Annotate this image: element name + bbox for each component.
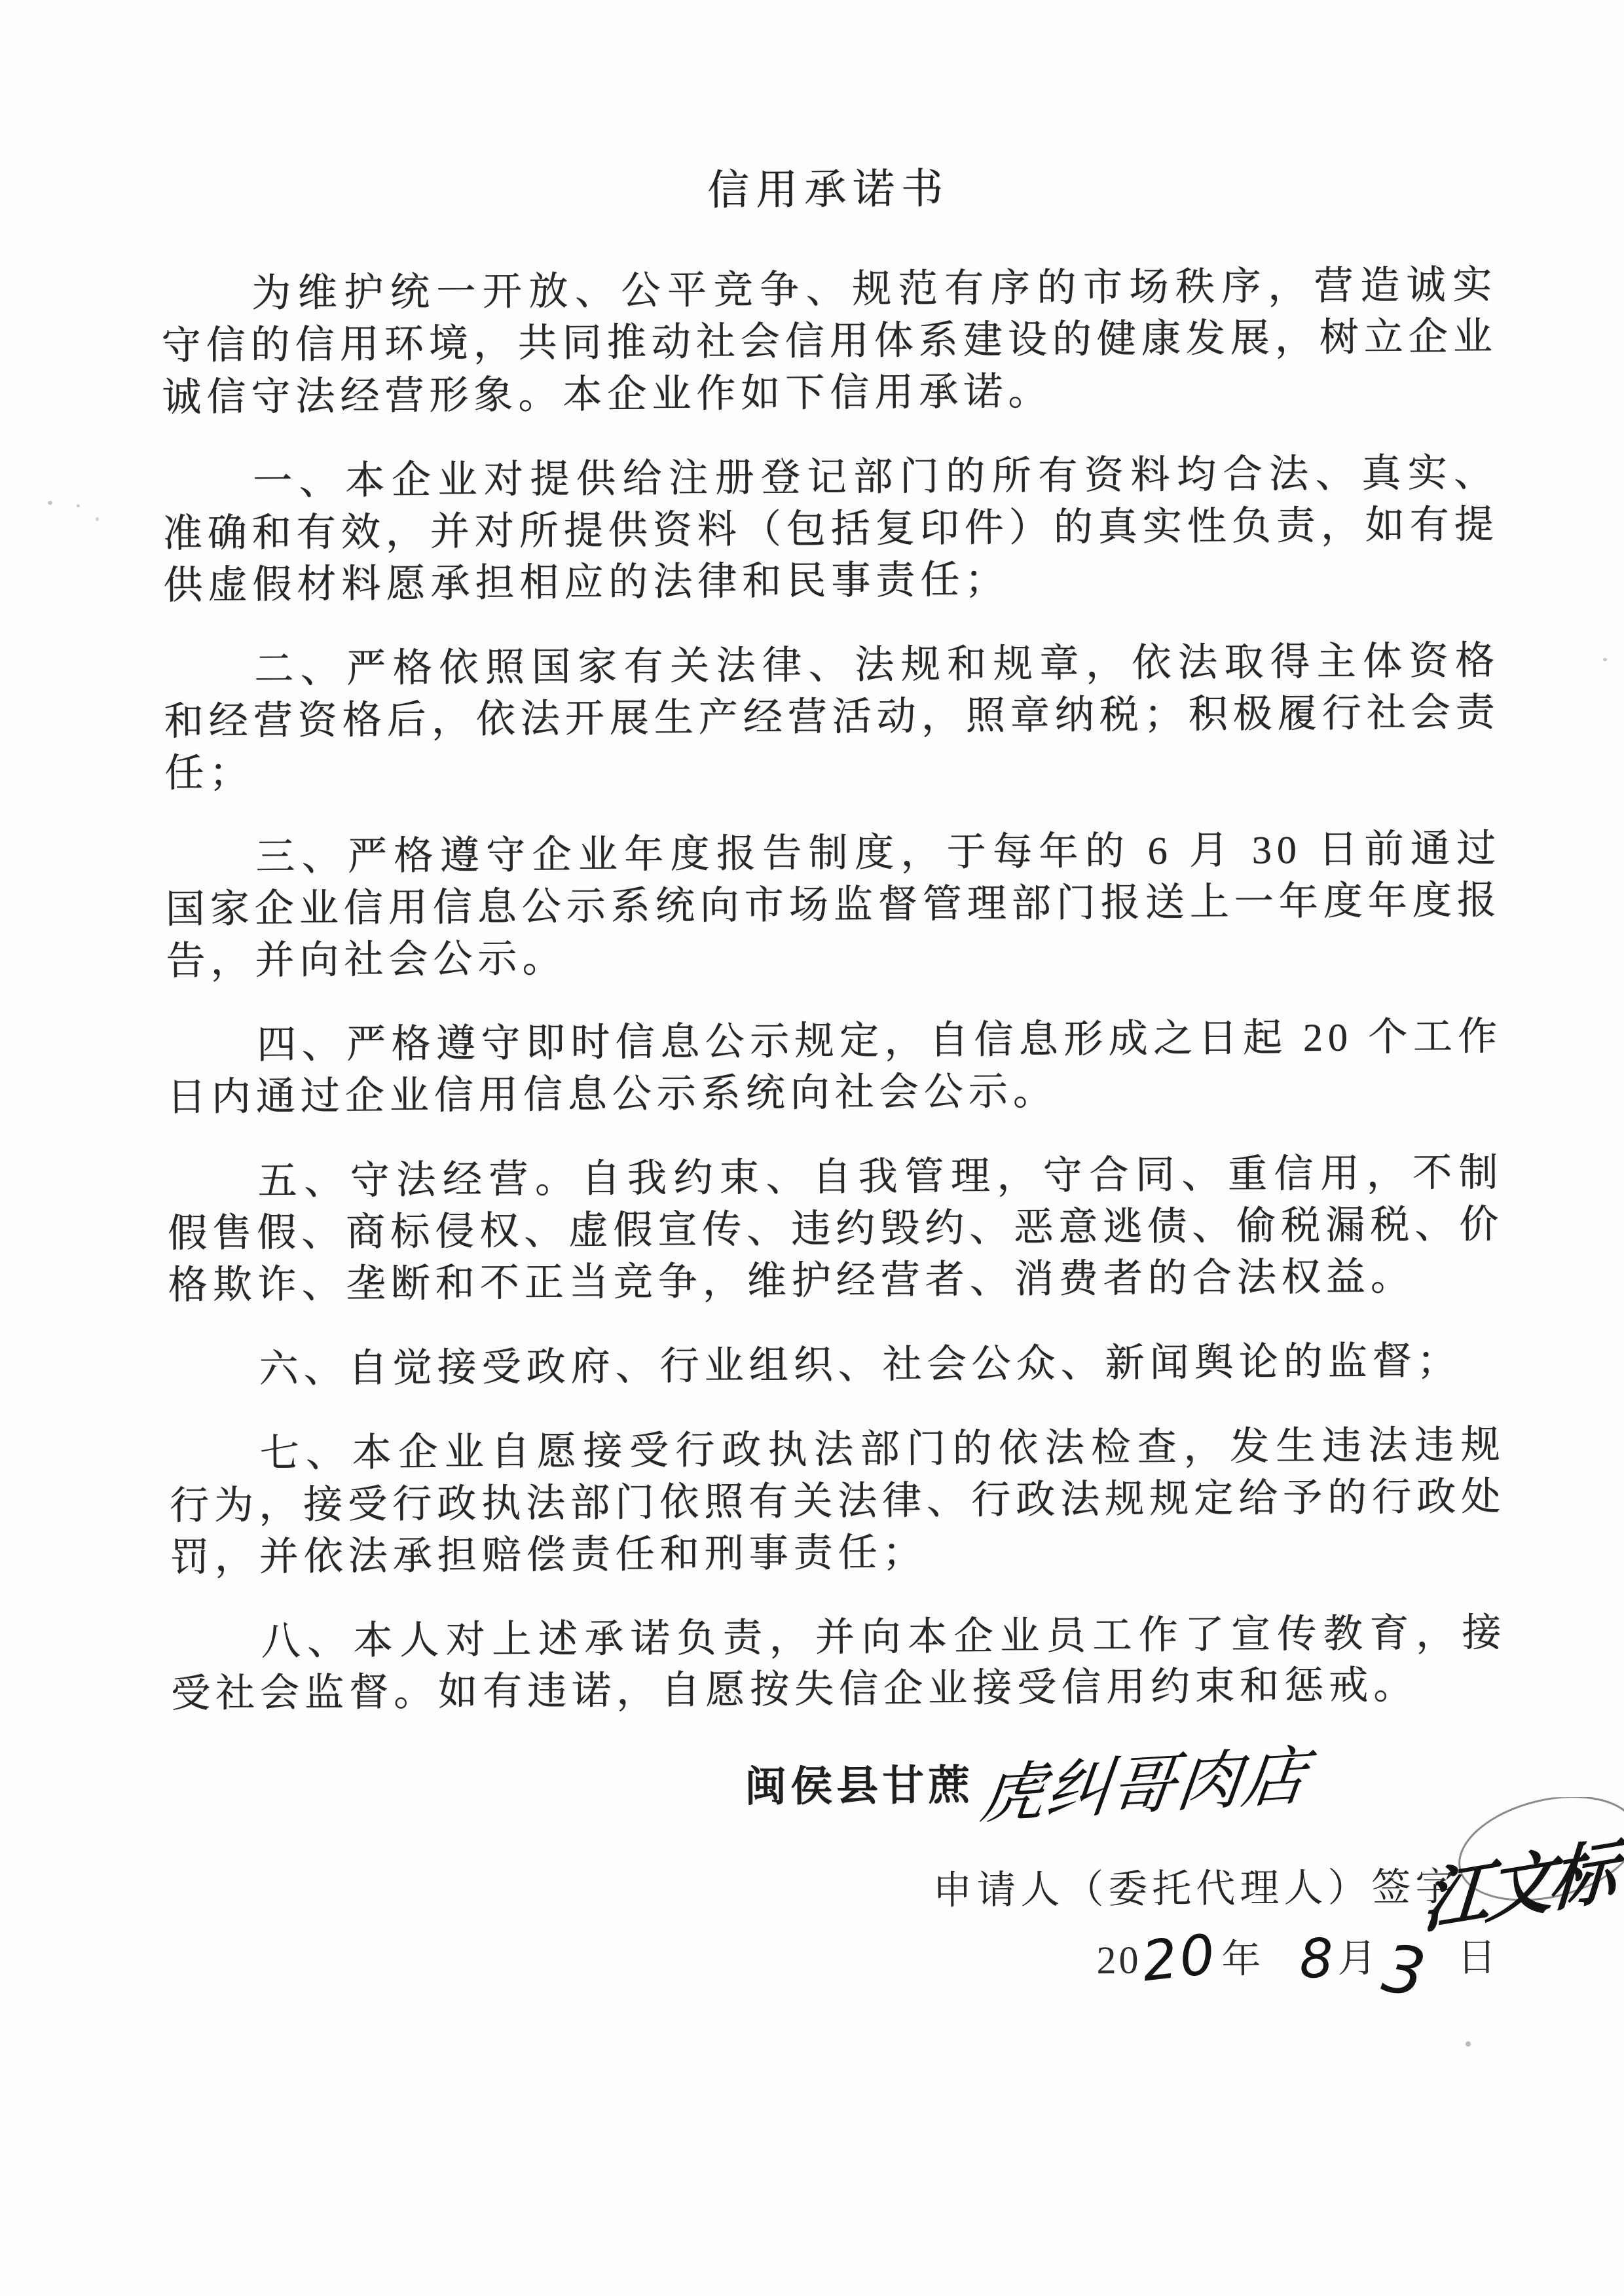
clause-paragraph-4: 四、严格遵守即时信息公示规定，自信息形成之日起 20 个工作日内通过企业信用信息… bbox=[166, 1011, 1503, 1123]
scan-speck bbox=[48, 501, 52, 505]
scan-speck bbox=[1603, 658, 1607, 661]
date-month-handwriting: 8 bbox=[1298, 1927, 1337, 1991]
signer-line: 申请人（委托代理人）签字 江文标 bbox=[172, 1855, 1509, 1921]
company-name-handwriting: 虎纠哥肉店 bbox=[976, 1736, 1312, 1836]
clause-paragraph-6: 六、自觉接受政府、行业组织、社会公众、新闻舆论的监督； bbox=[169, 1335, 1505, 1396]
intro-paragraph: 为维护统一开放、公平竞争、规范有序的市场秩序，营造诚实守信的信用环境，共同推动社… bbox=[161, 259, 1498, 424]
signer-label: 申请人（委托代理人）签字 bbox=[932, 1865, 1459, 1912]
clause-paragraph-3: 三、严格遵守企业年度报告制度，于每年的 6 月 30 日前通过国家企业信用信息公… bbox=[165, 823, 1502, 987]
date-line: 2020年8月3日 bbox=[173, 1923, 1509, 2018]
scan-speck bbox=[96, 517, 99, 521]
clause-paragraph-8: 八、本人对上述承诺负责，并向本企业员工作了宣传教育，接受社会监督。如有违诺，自愿… bbox=[170, 1607, 1507, 1720]
clause-paragraph-7: 七、本企业自愿接受行政执法部门的依法检查，发生违法违规行为，接受行政执法部门依照… bbox=[169, 1419, 1506, 1584]
scanned-document-page: 信用承诺书 为维护统一开放、公平竞争、规范有序的市场秩序，营造诚实守信的信用环境… bbox=[0, 0, 1624, 2296]
clause-paragraph-2: 二、严格依照国家有关法律、法规和规章，依法取得主体资格和经营资格后，依法开展生产… bbox=[164, 635, 1501, 799]
date-year-unit: 年 bbox=[1221, 1927, 1264, 1984]
date-day-unit: 日 bbox=[1457, 1926, 1500, 1982]
scan-speck bbox=[77, 504, 80, 507]
date-day-handwriting: 3 bbox=[1378, 1929, 1433, 2012]
scan-speck bbox=[1466, 2041, 1471, 2047]
date-year-printed: 20 bbox=[1096, 1938, 1141, 1983]
company-name-line: 闽侯县甘蔗虎纠哥肉店 bbox=[745, 1743, 1508, 1829]
date-month-unit: 月 bbox=[1337, 1927, 1380, 1983]
clause-paragraph-1: 一、本企业对提供给注册登记部门的所有资料均合法、真实、准确和有效，并对所提供资料… bbox=[162, 447, 1500, 611]
company-name-printed: 闽侯县甘蔗 bbox=[745, 1762, 974, 1810]
date-year-handwriting: 20 bbox=[1139, 1922, 1221, 1994]
document-content: 信用承诺书 为维护统一开放、公平竞争、规范有序的市场秩序，营造诚实守信的信用环境… bbox=[160, 162, 1509, 2018]
clause-paragraph-5: 五、守法经营。自我约束、自我管理，守合同、重信用，不制假售假、商标侵权、虚假宣传… bbox=[168, 1147, 1505, 1311]
document-title: 信用承诺书 bbox=[160, 162, 1496, 218]
